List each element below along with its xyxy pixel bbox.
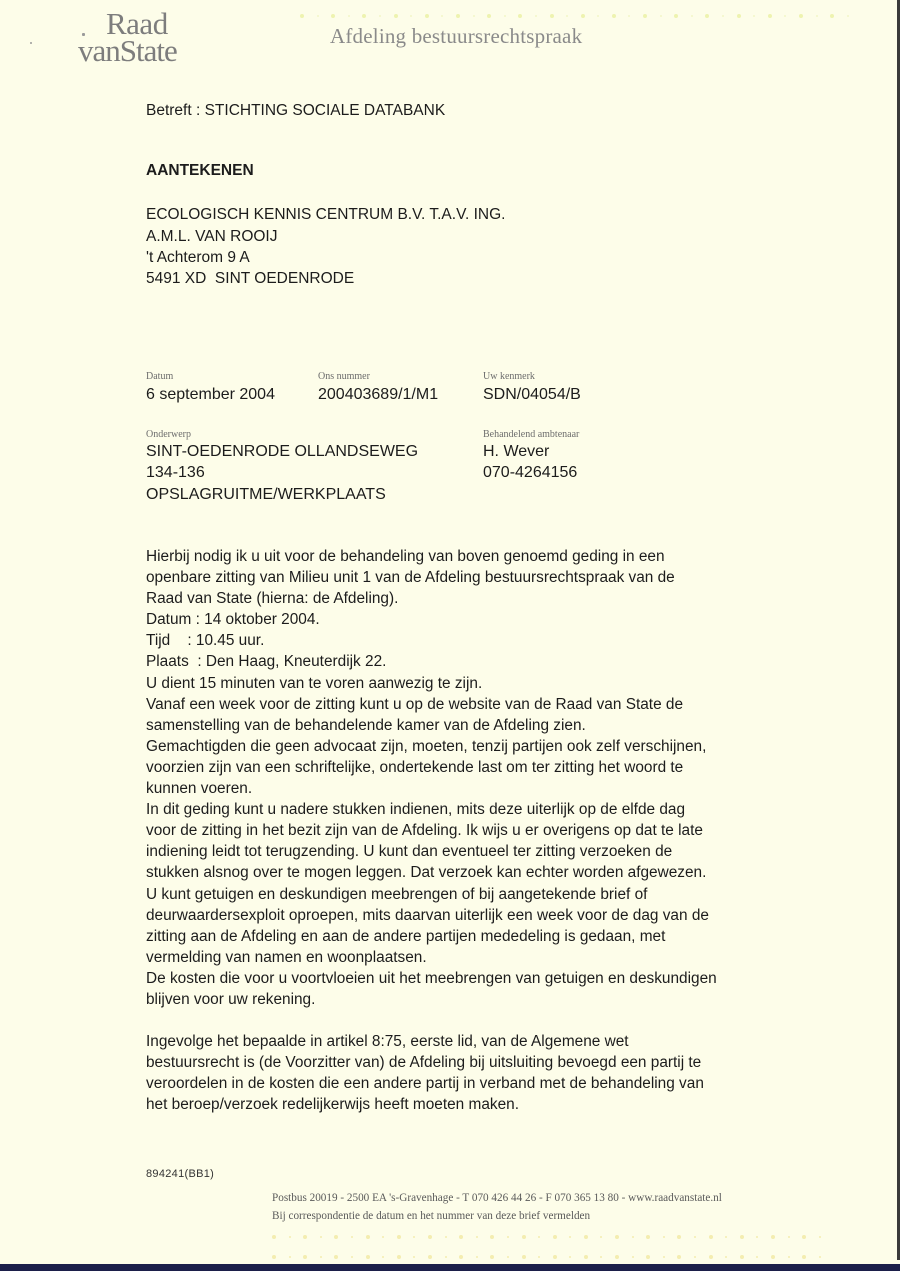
body-line: Plaats : Den Haag, Kneuterdijk 22.: [146, 651, 717, 672]
body-line: samenstelling van de behandelende kamer …: [146, 715, 717, 736]
dot: [740, 1255, 744, 1259]
subject-value-line: OPSLAGRUITME/WERKPLAATS: [146, 484, 386, 506]
dot: [507, 1256, 509, 1258]
dot: [768, 14, 772, 18]
dot: [632, 1236, 634, 1238]
registered-mail-label: AANTEKENEN: [146, 160, 254, 181]
dot: [362, 14, 366, 18]
dot: [476, 1256, 478, 1258]
dot: [459, 1255, 463, 1259]
decorative-dot-row: [272, 1234, 833, 1240]
dot: [756, 1236, 758, 1238]
dot: [348, 15, 350, 17]
dot: [303, 1235, 307, 1239]
recipient-line: 5491 XD SINT OEDENRODE: [146, 268, 354, 289]
dot: [351, 1256, 353, 1258]
dot: [320, 1256, 322, 1258]
dot: [394, 14, 398, 18]
dot: [771, 1235, 775, 1239]
logo-line-2: vanState: [78, 37, 177, 64]
dot: [612, 14, 616, 18]
dot: [441, 15, 443, 17]
dot: [507, 1236, 509, 1238]
official-name: H. Wever: [483, 441, 549, 463]
dot: [538, 1256, 540, 1258]
body-line: U kunt getuigen en deskundigen meebrenge…: [146, 884, 717, 905]
footer-note: Bij correspondentie de datum en het numm…: [272, 1207, 722, 1225]
dot: [317, 15, 319, 17]
body-line: indiening leidt tot terugzending. U kunt…: [146, 841, 717, 862]
dot: [660, 15, 662, 17]
body-line: zitting aan de Afdeling en aan de andere…: [146, 926, 717, 947]
dot: [428, 1255, 432, 1259]
body-line: stukken alsnog over te mogen leggen. Dat…: [146, 862, 717, 883]
dot: [615, 1235, 619, 1239]
dot: [289, 1256, 291, 1258]
dot: [597, 15, 599, 17]
body-line: veroordelen in de kosten die een andere …: [146, 1073, 717, 1094]
dot: [473, 15, 475, 17]
dot: [632, 1256, 634, 1258]
letter-body: Hierbij nodig ik u uit voor de behandeli…: [146, 546, 717, 1116]
decorative-dot-row: [272, 1254, 833, 1260]
dot: [490, 1235, 494, 1239]
body-line: deurwaardersexploit oproepen, mits daarv…: [146, 905, 717, 926]
body-line: Hierbij nodig ik u uit voor de behandeli…: [146, 546, 717, 567]
body-line: Tijd : 10.45 uur.: [146, 630, 717, 651]
dot: [366, 1235, 370, 1239]
dot: [413, 1236, 415, 1238]
dot: [569, 1256, 571, 1258]
dot: [802, 1235, 806, 1239]
dot: [628, 15, 630, 17]
dot: [535, 15, 537, 17]
dot: [663, 1236, 665, 1238]
dot: [646, 1235, 650, 1239]
dot: [725, 1256, 727, 1258]
dot: [694, 1256, 696, 1258]
body-line: Datum : 14 oktober 2004.: [146, 609, 717, 630]
dot: [802, 1255, 806, 1259]
letter-footer: Postbus 20019 - 2500 EA 's-Gravenhage - …: [272, 1189, 722, 1225]
dot: [722, 15, 724, 17]
dot: [771, 1255, 775, 1259]
subject-label: Onderwerp: [146, 429, 191, 440]
dot: [753, 15, 755, 17]
dot: [584, 1235, 588, 1239]
dot: [569, 1236, 571, 1238]
speck: [30, 42, 32, 44]
dot: [538, 1236, 540, 1238]
dot: [334, 1235, 338, 1239]
dot: [303, 1255, 307, 1259]
subject-line: Betreft : STICHTING SOCIALE DATABANK: [146, 100, 445, 121]
our-number-value: 200403689/1/M1: [318, 384, 438, 406]
dot: [487, 14, 491, 18]
paragraph-invitation: Hierbij nodig ik u uit voor de behandeli…: [146, 546, 717, 1010]
dot: [366, 1255, 370, 1259]
dot: [320, 1236, 322, 1238]
paragraph-costs: Ingevolge het bepaalde in artikel 8:75, …: [146, 1031, 717, 1115]
dot: [445, 1256, 447, 1258]
dot: [584, 1255, 588, 1259]
dot: [740, 1235, 744, 1239]
decorative-dot-row: [300, 13, 861, 19]
dot: [300, 14, 304, 18]
dot: [456, 14, 460, 18]
document-code: 894241(BB1): [146, 1168, 214, 1180]
dot: [725, 1236, 727, 1238]
dot: [646, 1255, 650, 1259]
dot: [331, 14, 335, 18]
dot: [816, 15, 818, 17]
speck: [82, 33, 85, 36]
dot: [522, 1235, 526, 1239]
dot: [709, 1255, 713, 1259]
dot: [425, 14, 429, 18]
footer-address: Postbus 20019 - 2500 EA 's-Gravenhage - …: [272, 1189, 722, 1207]
recipient-line: A.M.L. VAN ROOIJ: [146, 226, 278, 247]
body-line: Ingevolge het bepaalde in artikel 8:75, …: [146, 1031, 717, 1052]
body-line: vermelding van namen en woonplaatsen.: [146, 947, 717, 968]
dot: [830, 14, 834, 18]
dot: [428, 1235, 432, 1239]
dot: [784, 15, 786, 17]
dot: [615, 1255, 619, 1259]
dot: [382, 1256, 384, 1258]
dot: [397, 1255, 401, 1259]
dot: [643, 14, 647, 18]
dot: [553, 1255, 557, 1259]
dot: [476, 1236, 478, 1238]
date-label: Datum: [146, 371, 173, 382]
dot: [788, 1256, 790, 1258]
body-line: U dient 15 minuten van te voren aanwezig…: [146, 673, 717, 694]
dot: [799, 14, 803, 18]
dot: [272, 1255, 276, 1259]
our-number-label: Ons nummer: [318, 371, 370, 382]
dot: [553, 1235, 557, 1239]
dot: [847, 15, 849, 17]
dot: [382, 1236, 384, 1238]
dot: [490, 1255, 494, 1259]
dot: [397, 1235, 401, 1239]
dot: [445, 1236, 447, 1238]
dot: [410, 15, 412, 17]
dot: [737, 14, 741, 18]
your-reference-value: SDN/04054/B: [483, 384, 581, 406]
dot: [600, 1256, 602, 1258]
subject-value-line: 134-136: [146, 462, 205, 484]
subject-value-line: SINT-OEDENRODE OLLANDSEWEG: [146, 441, 418, 463]
body-line: Raad van State (hierna: de Afdeling).: [146, 588, 717, 609]
body-line: In dit geding kunt u nadere stukken indi…: [146, 799, 717, 820]
dot: [289, 1236, 291, 1238]
dot: [819, 1236, 821, 1238]
dot: [600, 1236, 602, 1238]
department-name: Afdeling bestuursrechtspraak: [330, 24, 582, 49]
raad-van-state-logo: Raad vanState: [78, 10, 177, 64]
dot: [334, 1255, 338, 1259]
body-line: Vanaf een week voor de zitting kunt u op…: [146, 694, 717, 715]
dot: [756, 1256, 758, 1258]
body-line: Gemachtigden die geen advocaat zijn, moe…: [146, 736, 717, 757]
dot: [272, 1235, 276, 1239]
body-line: De kosten die voor u voortvloeien uit he…: [146, 968, 717, 989]
dot: [566, 15, 568, 17]
body-line: voor de zitting in het bezit zijn van de…: [146, 820, 717, 841]
dot: [663, 1256, 665, 1258]
scan-bottom-edge: [0, 1264, 900, 1271]
dot: [674, 14, 678, 18]
dot: [581, 14, 585, 18]
date-value: 6 september 2004: [146, 384, 275, 406]
dot: [518, 14, 522, 18]
dot: [677, 1235, 681, 1239]
dot: [694, 1236, 696, 1238]
dot: [459, 1235, 463, 1239]
body-line: voorzien zijn van een schriftelijke, ond…: [146, 757, 717, 778]
body-line: het beroep/verzoek redelijkerwijs heeft …: [146, 1094, 717, 1115]
your-reference-label: Uw kenmerk: [483, 371, 535, 382]
official-phone: 070-4264156: [483, 462, 577, 484]
dot: [379, 15, 381, 17]
dot: [504, 15, 506, 17]
body-line: openbare zitting van Milieu unit 1 van d…: [146, 567, 717, 588]
dot: [788, 1236, 790, 1238]
recipient-line: 't Achterom 9 A: [146, 247, 250, 268]
dot: [691, 15, 693, 17]
body-line: blijven voor uw rekening.: [146, 989, 717, 1010]
dot: [819, 1256, 821, 1258]
dot: [522, 1255, 526, 1259]
dot: [705, 14, 709, 18]
body-line: bestuursrecht is (de Voorzitter van) de …: [146, 1052, 717, 1073]
dot: [677, 1255, 681, 1259]
body-line: kunnen voeren.: [146, 778, 717, 799]
dot: [709, 1235, 713, 1239]
dot: [413, 1256, 415, 1258]
dot: [550, 14, 554, 18]
official-label: Behandelend ambtenaar: [483, 429, 579, 440]
dot: [351, 1236, 353, 1238]
recipient-line: ECOLOGISCH KENNIS CENTRUM B.V. T.A.V. IN…: [146, 204, 505, 225]
